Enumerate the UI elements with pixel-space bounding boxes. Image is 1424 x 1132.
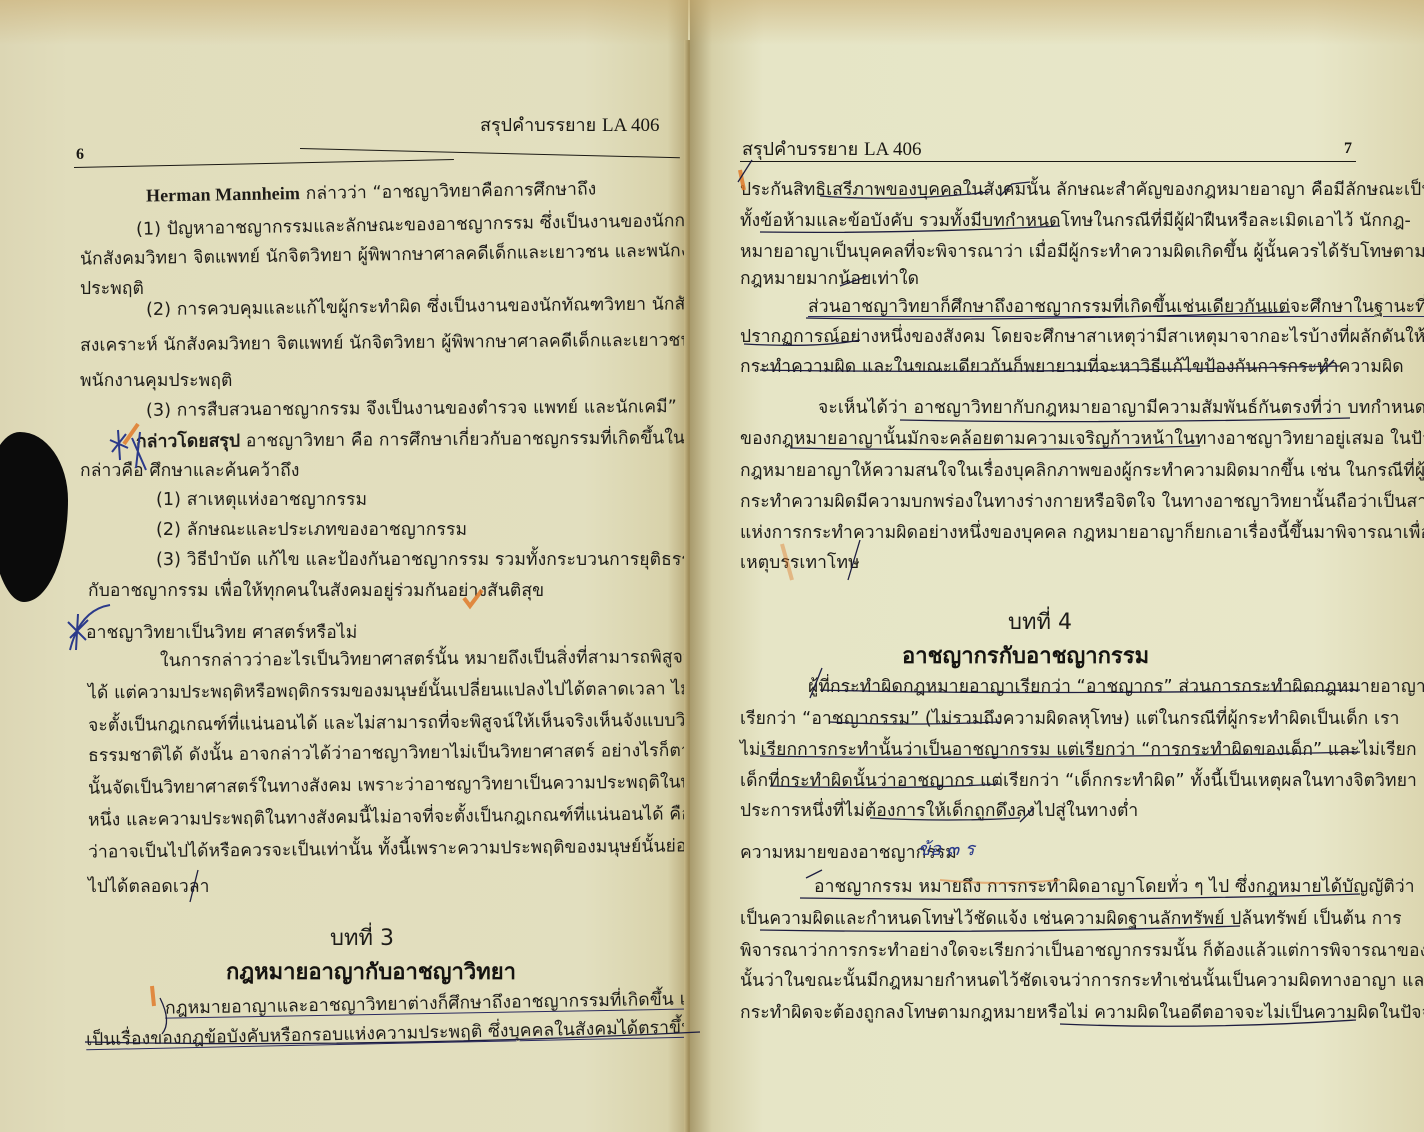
course-code: LA 406 bbox=[602, 115, 660, 136]
line-text: อาชญาวิทยา คือ การศึกษาเกี่ยวกับอาชญกรรม… bbox=[240, 428, 688, 452]
text-line: เด็กที่กระทำผิดนั้นว่าอาชญากร แต่เรียกว่… bbox=[740, 766, 1417, 794]
text-line: นั้นว่าในขณะนั้นมีกฎหมายกำหนดไว้ชัดเจนว่… bbox=[740, 966, 1424, 994]
text-line: พิจารณาว่าการกระทำอย่างใดจะเรียกว่าเป็นอ… bbox=[740, 936, 1424, 964]
chapter-number: บทที่ 3 bbox=[330, 920, 394, 955]
text-line: (2) ลักษณะและประเภทของอาชญากรรม bbox=[156, 515, 467, 543]
line-text: กล่าวว่า “อาชญาวิทยาคือการศึกษาถึง bbox=[300, 179, 597, 204]
text-line: แห่งการกระทำความผิดอย่างหนึ่งของบุคคล กฎ… bbox=[740, 518, 1424, 546]
text-line: (1) สาเหตุแห่งอาชญากรรม bbox=[156, 485, 367, 513]
summary-label: กล่าวโดยสรุป bbox=[136, 431, 240, 452]
text-line: ไปได้ตลอดเวลา bbox=[88, 872, 210, 900]
text-line: ผู้ที่กระทำผิดกฎหมายอาญาเรียกว่า “อาชญาก… bbox=[808, 672, 1424, 700]
text-line: (3) วิธีบำบัด แก้ไข และป้องกันอาชญากรรม … bbox=[156, 545, 688, 573]
text-line: ประพฤติ bbox=[80, 274, 144, 302]
header-rule-left-2 bbox=[300, 148, 680, 158]
page-number-left: 6 bbox=[76, 146, 84, 164]
text-line: กฎหมายอาญาให้ความสนใจในเรื่องบุคลิกภาพขอ… bbox=[740, 456, 1424, 484]
running-header-left: สรุปคำบรรยาย LA 406 bbox=[480, 110, 659, 139]
text-line: ทั้งข้อห้ามและข้อบังคับ รวมทั้งมีบทกำหนด… bbox=[740, 206, 1411, 234]
left-page: สรุปคำบรรยาย LA 406 6 Herman Mannheim กล… bbox=[0, 0, 688, 1132]
chapter-title: กฎหมายอาญากับอาชญาวิทยา bbox=[226, 954, 516, 989]
text-line: เรียกว่า “อาชญากรรม” (ไม่รวมถึงความผิดลห… bbox=[740, 704, 1400, 732]
text-line: กระทำผิดจะต้องถูกลงโทษตามกฎหมายหรือไม่ ค… bbox=[740, 998, 1424, 1026]
text-line: หมายอาญาเป็นบุคคลที่จะพิจารณาว่า เมื่อมี… bbox=[740, 237, 1424, 265]
text-line: ในการกล่าวว่าอะไรเป็นวิทยาศาสตร์นั้น หมา… bbox=[160, 642, 688, 674]
text-line: นั้นจัดเป็นวิทยาศาสตร์ในทางสังคม เพราะว่… bbox=[88, 766, 688, 801]
handwritten-note: ข้อ ๓ ร bbox=[918, 834, 975, 863]
text-line: จะเห็นได้ว่า อาชญาวิทยากับกฎหมายอาญามีคว… bbox=[818, 393, 1424, 421]
text-line: พนักงานคุมประพฤติ bbox=[80, 366, 232, 394]
text-line: เป็นความผิดและกำหนดโทษไว้ชัดแจ้ง เช่นควา… bbox=[740, 904, 1402, 932]
text-line: จะตั้งเป็นกฎเกณฑ์ที่แน่นอนได้ และไม่สามา… bbox=[88, 705, 688, 739]
text-line: กล่าวโดยสรุป อาชญาวิทยา คือ การศึกษาเกี่… bbox=[136, 423, 688, 455]
text-line: ประการหนึ่งที่ไม่ต้องการให้เด็กถูกดึงลงไ… bbox=[740, 796, 1138, 824]
text-line: ว่าอาจเป็นไปได้หรือควรจะเป็นเท่านั้น ทั้… bbox=[88, 830, 688, 865]
text-line: ประกันสิทธิเสรีภาพของบุคคลในสังคมนั้น ลั… bbox=[740, 175, 1424, 203]
author-name: Herman Mannheim bbox=[146, 183, 300, 205]
section-heading: อาชญาวิทยาเป็นวิทย ศาสตร์หรือไม่ bbox=[86, 618, 357, 646]
ink-blot bbox=[0, 432, 68, 602]
text-line: กระทำความผิดมีความบกพร่องในทางร่างกายหรื… bbox=[740, 487, 1424, 515]
running-header-right: สรุปคำบรรยาย LA 406 bbox=[742, 134, 921, 163]
text-line: (2) การควบคุมและแก้ไขผู้กระทำผิด ซึ่งเป็… bbox=[146, 289, 688, 323]
text-line: ปรากฏการณ์อย่างหนึ่งของสังคม โดยจะศึกษาส… bbox=[740, 322, 1424, 350]
header-title: สรุปคำบรรยาย bbox=[742, 139, 858, 160]
text-line: กับอาชญากรรม เพื่อให้ทุกคนในสังคมอยู่ร่ว… bbox=[88, 576, 544, 604]
header-title: สรุปคำบรรยาย bbox=[480, 115, 596, 136]
page-number-right: 7 bbox=[1344, 140, 1352, 158]
text-line: Herman Mannheim กล่าวว่า “อาชญาวิทยาคือก… bbox=[146, 174, 597, 209]
chapter-title: อาชญากรกับอาชญากรรม bbox=[902, 638, 1149, 673]
text-line: ธรรมชาติได้ ดังนั้น อาจกล่าวได้ว่าอาชญาว… bbox=[88, 735, 688, 769]
header-rule-right bbox=[740, 161, 1356, 162]
underlined-text: ส่วนอาชญาวิทยาก็ศึกษาถึงอาชญากรรมที่เกิด… bbox=[808, 297, 1424, 317]
text-line: ส่วนอาชญาวิทยาก็ศึกษาถึงอาชญากรรมที่เกิด… bbox=[808, 292, 1424, 320]
header-rule-left bbox=[74, 159, 454, 168]
course-code: LA 406 bbox=[864, 139, 922, 160]
book-spread: สรุปคำบรรยาย LA 406 6 Herman Mannheim กล… bbox=[0, 0, 1424, 1132]
text-line: เหตุบรรเทาโทษ bbox=[740, 548, 860, 576]
chapter-number: บทที่ 4 bbox=[1008, 604, 1072, 639]
text-line: ของกฎหมายอาญานั้นมักจะคล้อยตามความเจริญก… bbox=[740, 424, 1424, 452]
text-line: ไม่เรียกการกระทำนั้นว่าเป็นอาชญากรรม แต่… bbox=[740, 735, 1417, 763]
text-line: สงเคราะห์ นักสังคมวิทยา จิตแพทย์ นักจิตว… bbox=[80, 325, 688, 359]
text-line: ได้ แต่ความประพฤติหรือพฤติกรรมของมนุษย์น… bbox=[88, 674, 688, 707]
text-line: กฎหมายมากน้อยเท่าใด bbox=[740, 264, 919, 292]
text-line: (3) การสืบสวนอาชญากรรม จึงเป็นงานของตำรว… bbox=[146, 392, 677, 424]
text-line: หนึ่ง และความประพฤติในทางสังคมนี้ไม่อาจท… bbox=[88, 798, 688, 833]
right-page: สรุปคำบรรยาย LA 406 7 ประกันสิทธิเสรีภาพ… bbox=[690, 0, 1424, 1132]
text-line: กล่าวคือ ศึกษาและค้นคว้าถึง bbox=[80, 456, 300, 484]
text-line: อาชญากรรม หมายถึง การกระทำผิดอาญาโดยทั่ว… bbox=[814, 872, 1415, 900]
text-line: กระทำความผิด และในขณะเดียวกันก็พยายามที่… bbox=[740, 352, 1404, 380]
